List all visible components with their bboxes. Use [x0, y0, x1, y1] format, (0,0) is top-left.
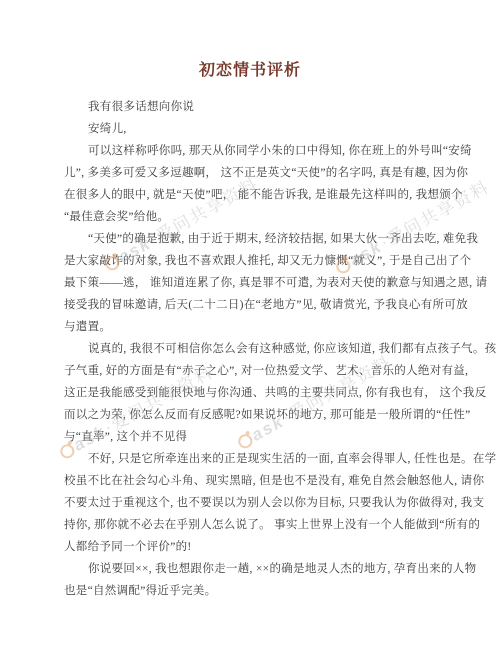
text-line: 校虽不比在社会勾心斗角、现实黑暗, 但是也不是没有, 难免自然会触怒他人, 请你: [64, 470, 486, 492]
text-line: 接受我的冒味邀请, 后天(二十二日)在“老地方”见, 敬请赏光, 予我良心有所可…: [64, 294, 486, 316]
document-title: 初恋情书评析: [0, 0, 500, 80]
text-line: 在很多人的眼中, 就是“天使”吧， 能不能告诉我, 是谁最先这样叫的, 我想颁个: [64, 184, 486, 206]
text-line: 不好, 只是它所牵连出来的正是现实生活的一面, 直率会得罪人, 任性也是。在学: [64, 448, 486, 470]
text-line: 不要太过于重视这个, 也不要误以为别人会以你为目标, 只要我认为你做得对, 我支: [64, 492, 486, 514]
text-line: 与“直率”, 这个并不见得: [64, 426, 486, 448]
text-line: 子气重, 好的方面是有“赤子之心”, 对一位热爱文学、艺术、音乐的人绝对有益,: [64, 360, 486, 382]
text-line: 是大家敲诈的对象, 我也不喜欢跟人推托, 却又无力慷慨“就义”, 于是自己出了个: [64, 250, 486, 272]
text-line: 这正是我能感受到能很快地与你沟通、共鸣的主要共同点, 你有我也有， 这个我反: [64, 382, 486, 404]
text-line: 最下策——逃， 谁知道连累了你, 真是罪不可遣, 为表对天使的歉意与知遇之恩, …: [64, 272, 486, 294]
text-line: 与遣置。: [64, 316, 486, 338]
text-line: “最佳意会奖”给他。: [64, 206, 486, 228]
text-line: 而以之为荣, 你怎么反而有反感呢?如果说坏的地方, 那可能是一般所谓的“任性”: [64, 404, 486, 426]
text-line: 安绮儿,: [64, 118, 486, 140]
text-line: 我有很多话想向你说: [64, 96, 486, 118]
document-page: ask·爱问共享资料 ask·爱问共享资料 ask·爱问共享资料 ask·爱问共…: [0, 0, 500, 647]
text-line: 持你, 那你就不必去在乎别人怎么说了。 事实上世界上没有一个人能做到“所有的: [64, 514, 486, 536]
text-line: 你说要回××, 我也想跟你走一趟, ××的确是地灵人杰的地方, 孕育出来的人物: [64, 558, 486, 580]
text-line: 人都给予同一个评价”的!: [64, 536, 486, 558]
text-line: “天使”的确是抱歉, 由于近于期末, 经济较拮据, 如果大伙一齐出去吃, 难免我: [64, 228, 486, 250]
text-line: 也是“自然调配”得近乎完美。: [64, 580, 486, 602]
text-line: 说真的, 我很不可相信你怎么会有这种感觉, 你应该知道, 我们都有点孩子气。孩: [64, 338, 486, 360]
text-line: 可以这样称呼你吗, 那天从你同学小朱的口中得知, 你在班上的外号叫“安绮: [64, 140, 486, 162]
text-line: 儿”, 多美多可爱又多逗趣啊， 这不正是英文“天使”的名字吗, 真是有趣, 因为…: [64, 162, 486, 184]
document-body: 我有很多话想向你说安绮儿,可以这样称呼你吗, 那天从你同学小朱的口中得知, 你在…: [0, 80, 500, 602]
